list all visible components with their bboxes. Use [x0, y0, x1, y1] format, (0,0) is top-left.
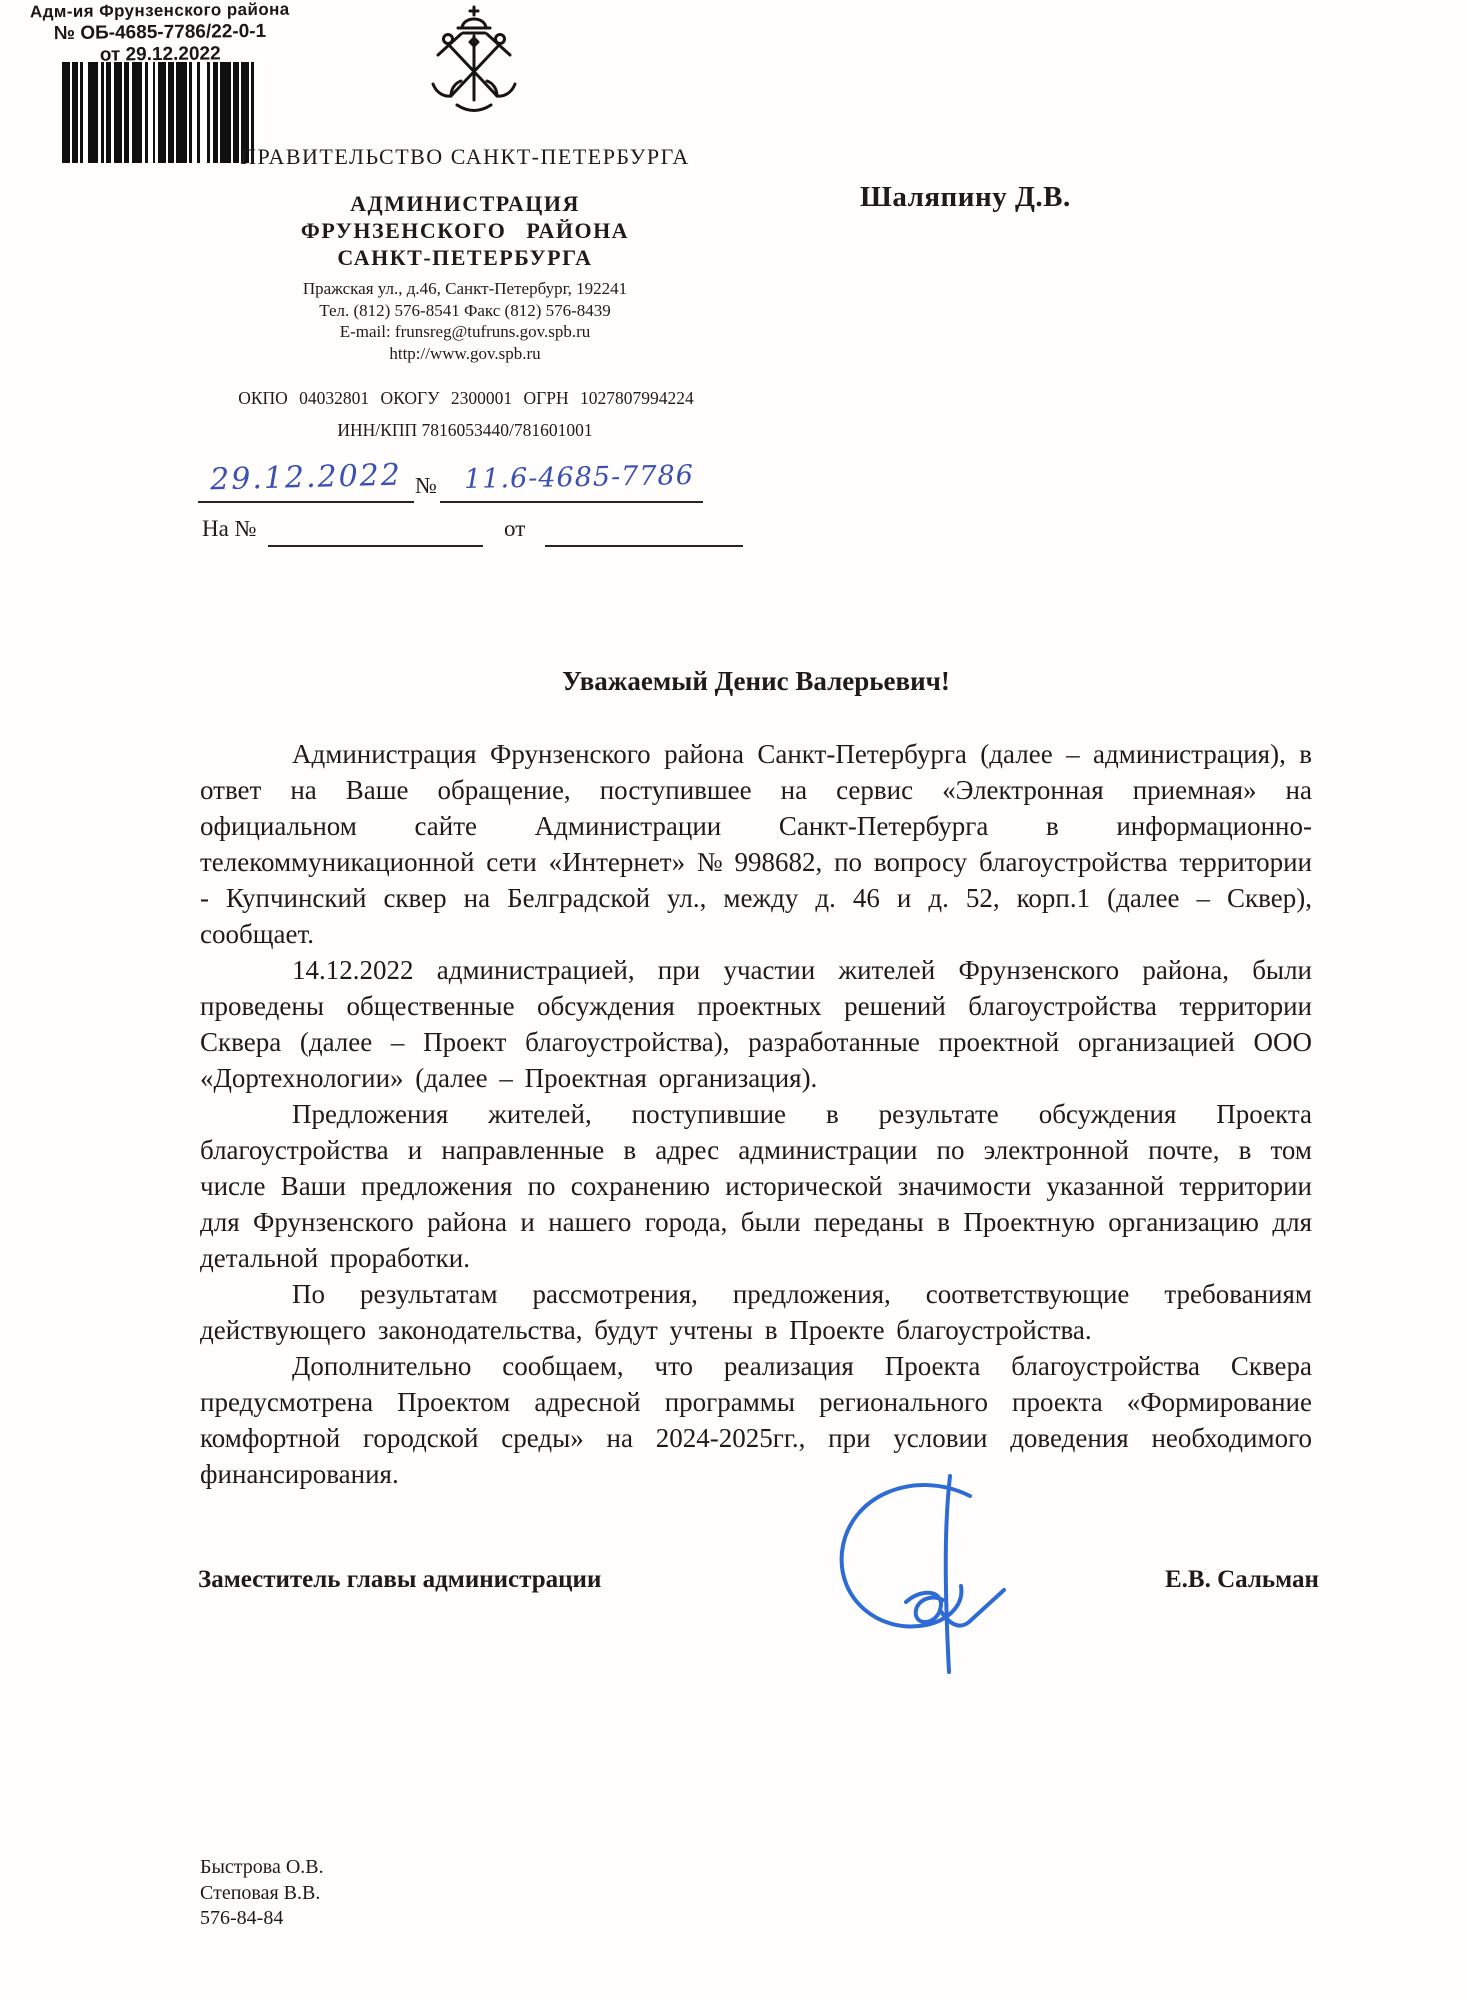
- body-paragraph: Администрация Фрунзенского района Санкт-…: [200, 736, 1312, 952]
- contact-block: Пражская ул., д.46, Санкт-Петербург, 192…: [230, 278, 700, 364]
- reply-number-underline: [268, 545, 483, 547]
- executor-phone: 576-84-84: [200, 1906, 324, 1932]
- number-underline: [440, 501, 703, 503]
- handwritten-outgoing-number: 11.6-4685-7786: [444, 460, 714, 496]
- organization-name: АДМИНИСТРАЦИЯ ФРУНЗЕНСКОГО РАЙОНА САНКТ-…: [230, 190, 700, 271]
- government-title: ПРАВИТЕЛЬСТВО САНКТ-ПЕТЕРБУРГА: [230, 144, 700, 170]
- signature-strokes: [842, 1476, 1004, 1672]
- body-paragraph: 14.12.2022 администрацией, при участии ж…: [200, 952, 1312, 1096]
- stamp-org-line: Адм-ия Фрунзенского района: [0, 0, 328, 23]
- barcode-bar: [200, 62, 208, 163]
- handwritten-date: 29.12.2022: [196, 457, 417, 497]
- signer-position: Заместитель главы администрации: [198, 1566, 601, 1594]
- barcode-bar: [176, 62, 186, 163]
- website: http://www.gov.spb.ru: [230, 343, 700, 365]
- number-sign-label: №: [415, 473, 437, 499]
- email: E-mail: frunsreg@tufruns.gov.spb.ru: [230, 321, 700, 343]
- body-paragraph: Дополнительно сообщаем, что реализация П…: [200, 1348, 1312, 1492]
- registry-codes: ОКПО 04032801 ОКОГУ 2300001 ОГРН 1027807…: [160, 388, 772, 409]
- coat-of-arms-icon: [416, 2, 532, 126]
- handwritten-signature: [818, 1472, 1030, 1676]
- barcode-bar: [158, 62, 166, 163]
- recipient-name: Шаляпину Д.В.: [860, 181, 1071, 214]
- executors-block: Быстрова О.В. Степовая В.В. 576-84-84: [200, 1855, 324, 1932]
- reply-date-underline: [545, 545, 743, 547]
- barcode-bar: [114, 62, 122, 163]
- inn-kpp: ИНН/КПП 7816053440/781601001: [230, 420, 700, 441]
- barcode-bar: [62, 62, 70, 163]
- signer-name: Е.В. Сальман: [1165, 1566, 1319, 1594]
- executor-name: Быстрова О.В.: [200, 1855, 324, 1881]
- executor-name: Степовая В.В.: [200, 1881, 324, 1907]
- body-paragraph: Предложения жителей, поступившие в резул…: [200, 1096, 1312, 1276]
- organization-name-line1: АДМИНИСТРАЦИЯ: [230, 190, 700, 217]
- phone-fax: Тел. (812) 576-8541 Факс (812) 576-8439: [230, 300, 700, 322]
- organization-name-line2: ФРУНЗЕНСКОГО РАЙОНА: [230, 217, 700, 244]
- reply-from-label: от: [504, 516, 525, 542]
- barcode-bar: [132, 62, 142, 163]
- date-underline: [198, 501, 414, 503]
- salutation: Уважаемый Денис Валерьевич!: [200, 666, 1312, 697]
- postal-address: Пражская ул., д.46, Санкт-Петербург, 192…: [230, 278, 700, 300]
- organization-name-line3: САНКТ-ПЕТЕРБУРГА: [230, 244, 700, 271]
- body-paragraph: По результатам рассмотрения, предложения…: [200, 1276, 1312, 1348]
- letter-body: Администрация Фрунзенского района Санкт-…: [200, 736, 1312, 1492]
- scanned-letter-page: Адм-ия Фрунзенского района № ОБ-4685-778…: [0, 0, 1467, 2000]
- reply-to-label: На №: [202, 516, 257, 542]
- registration-stamp: Адм-ия Фрунзенского района № ОБ-4685-778…: [0, 0, 328, 68]
- barcode-bar: [88, 62, 98, 163]
